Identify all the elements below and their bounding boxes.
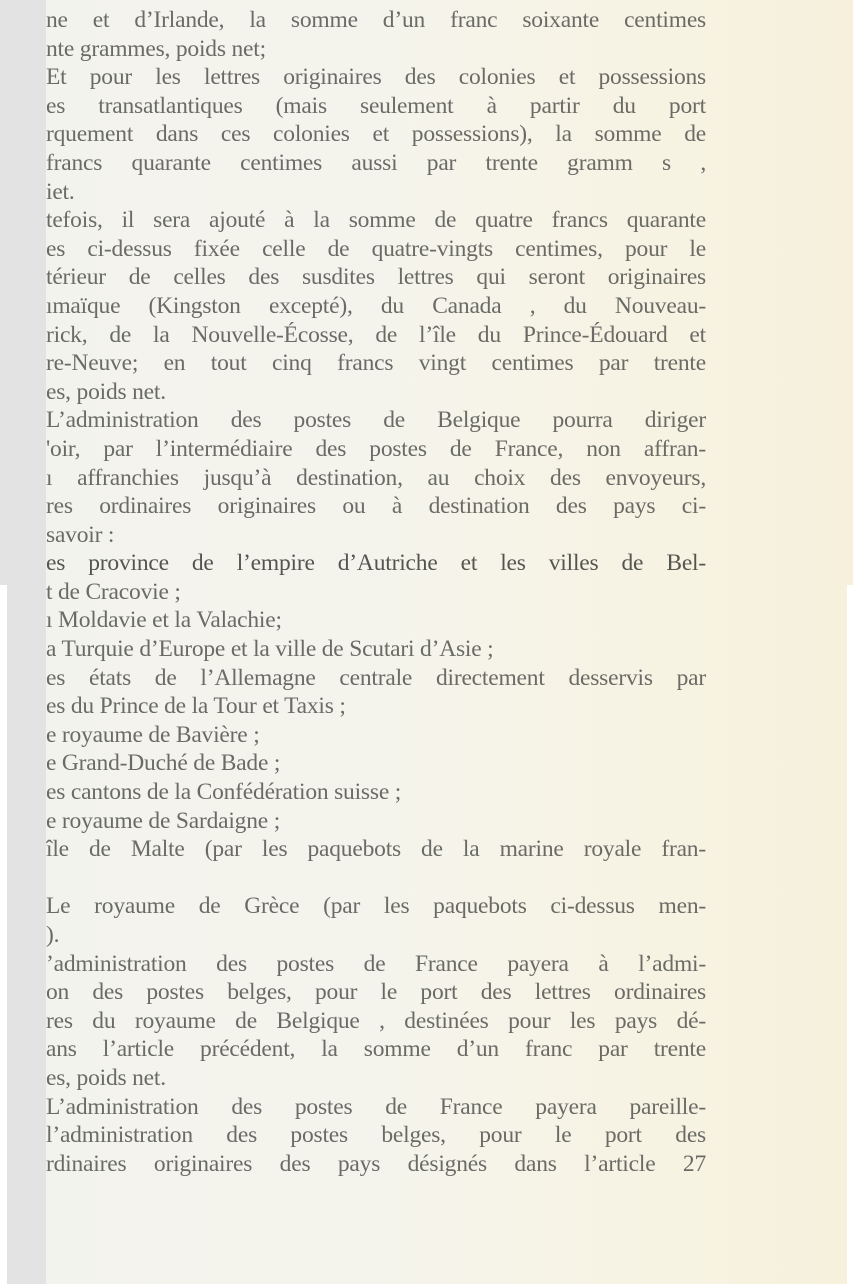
left-margin-white xyxy=(0,585,7,1284)
blank-line xyxy=(46,864,706,893)
list-item: e royaume de Bavière ; xyxy=(46,721,706,750)
text-line: Et pour les lettres originaires des colo… xyxy=(46,63,706,92)
list-item: a Turquie d’Europe et la ville de Scutar… xyxy=(46,635,706,664)
left-margin-gray xyxy=(0,0,46,585)
text-line: rquement dans ces colonies et possession… xyxy=(46,120,706,149)
list-item: es états de l’Allemagne centrale directe… xyxy=(46,664,706,693)
text-line: iet. xyxy=(46,178,706,207)
text-line: ı affranchies jusqu’à destination, au ch… xyxy=(46,464,706,493)
text-line: re-Neuve; en tout cinq francs vingt cent… xyxy=(46,349,706,378)
text-line: L’administration des postes de Belgique … xyxy=(46,406,706,435)
text-line: ans l’article précédent, la somme d’un f… xyxy=(46,1035,706,1064)
text-line: savoir : xyxy=(46,521,706,550)
text-line: nte grammes, poids net; xyxy=(46,35,706,64)
text-line: térieur de celles des susdites lettres q… xyxy=(46,263,706,292)
list-item: es cantons de la Confédération suisse ; xyxy=(46,778,706,807)
text-line: ). xyxy=(46,921,706,950)
text-line: rdinaires originaires des pays désignés … xyxy=(46,1150,706,1179)
list-item: Le royaume de Grèce (par les paquebots c… xyxy=(46,892,706,921)
text-line: ne et d’Irlande, la somme d’un franc soi… xyxy=(46,6,706,35)
text-line: francs quarante centimes aussi par trent… xyxy=(46,149,706,178)
text-line: rick, de la Nouvelle-Écosse, de l’île du… xyxy=(46,321,706,350)
right-margin-white xyxy=(847,585,853,1284)
text-line: L’administration des postes de France pa… xyxy=(46,1093,706,1122)
list-item: e Grand-Duché de Bade ; xyxy=(46,749,706,778)
text-line: ’administration des postes de France pay… xyxy=(46,950,706,979)
page-text: ne et d’Irlande, la somme d’un franc soi… xyxy=(46,6,706,1178)
text-line: ımaïque (Kingston excepté), du Canada , … xyxy=(46,292,706,321)
text-line: es du Prince de la Tour et Taxis ; xyxy=(46,692,706,721)
text-line: res ordinaires originaires ou à destinat… xyxy=(46,492,706,521)
list-item: e royaume de Sardaigne ; xyxy=(46,807,706,836)
text-line: l’administration des postes belges, pour… xyxy=(46,1121,706,1150)
text-line: on des postes belges, pour le port des l… xyxy=(46,978,706,1007)
list-item: es province de l’empire d’Autriche et le… xyxy=(46,549,706,578)
list-item: ı Moldavie et la Valachie; xyxy=(46,606,706,635)
text-line: es transatlantiques (mais seulement à pa… xyxy=(46,92,706,121)
left-margin-gray-lower xyxy=(7,585,46,1284)
text-line: es, poids net. xyxy=(46,1064,706,1093)
text-line: t de Cracovie ; xyxy=(46,578,706,607)
text-line: tefois, il sera ajouté à la somme de qua… xyxy=(46,206,706,235)
text-line: es, poids net. xyxy=(46,378,706,407)
text-line: res du royaume de Belgique , destinées p… xyxy=(46,1007,706,1036)
list-item: île de Malte (par les paquebots de la ma… xyxy=(46,835,706,864)
text-line: 'oir, par l’intermédiaire des postes de … xyxy=(46,435,706,464)
text-line: es ci-dessus fixée celle de quatre-vingt… xyxy=(46,235,706,264)
